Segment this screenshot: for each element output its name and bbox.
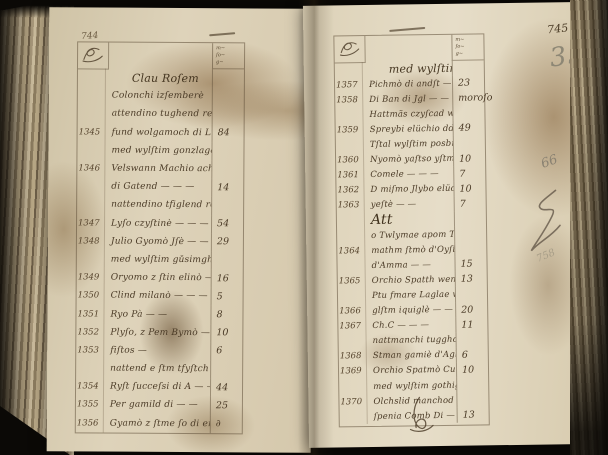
entry-text: Nyomò yaſtso yſtm zyſl: [364, 154, 453, 165]
folio-number-left: 744: [81, 31, 99, 42]
entry-number: [77, 177, 105, 195]
ledger-row: 1356Gyamò z ſtme ſo di emilim Pio∂: [76, 414, 242, 433]
entry-number: 1353: [76, 341, 104, 359]
entry-value: 29: [211, 233, 243, 251]
entry-number: 1347: [77, 214, 105, 232]
manuscript-book-photo: 744 m~ ſo~ g~ Clau RoſemColonchi izſembe…: [0, 0, 608, 455]
entry-number: 1349: [77, 268, 105, 286]
entry-number: [339, 334, 367, 349]
entry-number: 1355: [76, 396, 104, 414]
entry-value: 15: [454, 257, 486, 273]
entry-number: 1370: [339, 394, 367, 409]
entry-value: 23: [452, 75, 484, 91]
entry-text: Clind milanò — — —: [105, 291, 211, 302]
entry-number: 1345: [78, 123, 106, 141]
entry-number: [336, 138, 364, 153]
notary-paraph-icon: [80, 44, 106, 64]
ledger-row: Colonchi izſemberè: [78, 87, 244, 106]
ledger-row: 1352Plyſo, z Pem Bymò —10: [76, 323, 242, 342]
entry-value: 20: [455, 302, 487, 318]
entry-text: Pichmò di andſt — — —: [363, 78, 452, 89]
entry-value: 10: [456, 362, 488, 378]
entry-value: [452, 106, 484, 122]
entry-number: 1357: [335, 77, 363, 92]
entry-value: 5: [211, 287, 243, 305]
entry-value: 13: [455, 272, 487, 288]
entry-number: [76, 359, 104, 377]
ledger-row: nattendino tfiglend reglad: [77, 196, 243, 215]
entry-text: Colonchi izſemberè: [106, 91, 212, 102]
entry-text: Per gamild di — —: [104, 400, 210, 411]
ledger-row: 1351Ryo Pà — —8: [76, 305, 242, 324]
entry-text: Orchio Spatth wemyl — —: [366, 275, 455, 286]
entry-value: 6: [456, 347, 488, 363]
entry-value: [454, 241, 486, 257]
ledger-row: 1345fund wolgamoch di Lupini84: [78, 123, 244, 142]
entry-number: 1366: [338, 304, 366, 319]
ledger-row: 1348Julio Gyomò Jſè — —29: [77, 232, 243, 251]
ledger-rows-right: med wylſtim zyſtin od1357Pichmò di andſt…: [335, 60, 489, 424]
entry-text: D miſmo Jlybo elüch di Balami: [364, 184, 453, 195]
entry-number: 1356: [76, 414, 104, 432]
entry-text: Julio Gyomò Jſè — —: [105, 236, 211, 247]
entry-number: 1363: [337, 198, 365, 213]
entry-value: moroſo: [452, 91, 484, 107]
entry-value: 10: [210, 324, 242, 342]
book-fore-edge-right: [570, 0, 608, 455]
entry-value: 7: [453, 166, 485, 182]
entry-value: 54: [211, 215, 243, 233]
entry-number: [77, 196, 105, 214]
ledger-row: attendino tughend reglad: [78, 105, 244, 124]
entry-text: nattendino tfiglend reglad: [105, 200, 211, 211]
entry-number: [78, 105, 106, 123]
entry-value: 13: [457, 407, 489, 423]
entry-value: 25: [210, 397, 242, 415]
entry-text: d'Amma — —: [365, 260, 454, 271]
entry-number: 1365: [338, 273, 366, 288]
ledger-row: 1354Ryſt ſucceſsi di A — —44: [76, 378, 242, 397]
corner-box-right: [334, 36, 365, 63]
entry-value: [456, 377, 488, 393]
entry-number: [339, 379, 367, 394]
entry-text: Ch.C — — —: [366, 320, 455, 331]
entry-value: 7: [454, 196, 486, 212]
entry-number: [335, 62, 363, 77]
entry-value: [211, 160, 243, 178]
entry-text: Velswann Machio ach iſemè: [105, 164, 211, 175]
entry-number: 1351: [76, 305, 104, 323]
entry-number: 1369: [339, 364, 367, 379]
entry-value: 14: [211, 178, 243, 196]
entry-text: Orchio Spatmò Cu.P —: [367, 365, 456, 376]
entry-text: med wylſtim zyſtin od: [363, 62, 452, 76]
entry-number: 1359: [336, 122, 364, 137]
entry-text: Hattmãs czyſcad wylſtim: [363, 109, 452, 120]
ledger-row: nattend e ſtm tfyſtch czyſob: [76, 359, 242, 378]
ledger-row: med wylſtim gonzlagè: [77, 141, 243, 160]
entry-number: 1364: [337, 243, 365, 258]
gutter-shadow: [298, 0, 334, 455]
entry-value: [456, 332, 488, 348]
ledger-row: Clau Roſem: [78, 68, 244, 87]
entry-value: [211, 142, 243, 160]
entry-text: Clau Roſem: [106, 71, 212, 85]
ledger-rows-left: Clau RoſemColonchi izſemberèattendino tu…: [76, 68, 244, 433]
entry-text: glſtm iquiglè — — — —: [366, 305, 455, 316]
entry-text: fiſtos —: [104, 345, 210, 356]
header-band-right: m~ ſo~ g~: [334, 34, 483, 62]
entry-text: mathm ſtmò d'Oyſied di Arma: [365, 244, 454, 255]
header-band-left: m~ ſo~ g~: [78, 42, 244, 69]
entry-number: 1350: [77, 287, 105, 305]
entry-text: attendino tughend reglad: [106, 109, 212, 120]
bottom-paraph-icon: [404, 394, 437, 434]
entry-text: o Twlymae apom Tyſtims: [365, 229, 454, 240]
ruled-frame-left: m~ ſo~ g~ Clau RoſemColonchi izſemberèat…: [75, 41, 245, 434]
entry-value: [210, 360, 242, 378]
ledger-row: 1349Oryomo z ſtin elinò —16: [77, 268, 243, 287]
entry-text: Lyſo czyſtinè — — —: [105, 218, 211, 229]
page-left: 744 m~ ſo~ g~ Clau RoſemColonchi izſembe…: [47, 7, 314, 453]
ink-smudge: [209, 32, 235, 36]
margin-note-upper: 66: [539, 152, 559, 172]
entry-value: 49: [453, 121, 485, 137]
entry-number: [78, 68, 106, 86]
entry-text: Spreybi elüchio dd Spacimb: [364, 124, 453, 135]
entry-value: [211, 251, 243, 269]
column-heading-box-right: m~ ſo~ g~: [451, 34, 483, 60]
entry-number: [340, 409, 368, 424]
ruled-frame-right: m~ ſo~ g~ med wylſtim zyſtin od1357Pichm…: [333, 33, 489, 427]
entry-number: [337, 228, 365, 243]
entry-value: 10: [453, 181, 485, 197]
entry-text: yeſtè — —: [365, 199, 454, 210]
entry-number: 1358: [335, 92, 363, 107]
entry-text: med wylſtim gůsimghe: [105, 255, 211, 266]
entry-number: [77, 141, 105, 159]
entry-text: fund wolgamoch di Lupini: [106, 127, 212, 138]
entry-text: Plyſo, z Pem Bymò —: [104, 327, 210, 338]
entry-number: 1361: [336, 168, 364, 183]
entry-number: [77, 250, 105, 268]
entry-text: Tſtal wylſtim posbnchè: [364, 139, 453, 150]
entry-value: 10: [453, 151, 485, 167]
entry-number: [78, 87, 106, 105]
page-right: 745 350 m~ ſo~ g~ med wylſtim zyſtin od1…: [303, 2, 577, 448]
entry-text: med wylſtim gothighi: [367, 380, 456, 391]
entry-value: 8: [210, 306, 242, 324]
entry-value: [454, 211, 486, 227]
entry-value: [212, 87, 244, 105]
entry-text: nattend e ſtm tfyſtch czyſob: [104, 364, 210, 375]
ledger-row: 1350Clind milanò — — —5: [77, 287, 243, 306]
entry-number: 1352: [76, 323, 104, 341]
entry-number: 1368: [339, 349, 367, 364]
entry-value: 16: [211, 269, 243, 287]
entry-text: Gyamò z ſtme ſo di emilim Pio: [104, 418, 210, 429]
ledger-row: 1346Velswann Machio ach iſemè: [77, 159, 243, 178]
entry-number: [338, 288, 366, 303]
folio-number-right: 745: [547, 21, 569, 36]
entry-value: [212, 69, 244, 87]
ledger-row: 1355Per gamild di — —25: [76, 396, 242, 415]
ledger-row: 1353fiſtos —6: [76, 341, 242, 360]
entry-text: nattmanchi tugghod regland: [367, 335, 456, 346]
column-heading-box-left: m~ ſo~ g~: [212, 43, 244, 69]
entry-value: 44: [210, 378, 242, 396]
entry-value: 6: [210, 342, 242, 360]
entry-number: 1346: [77, 159, 105, 177]
entry-text: Oryomo z ſtin elinò —: [105, 273, 211, 284]
entry-number: [335, 107, 363, 122]
entry-text: di Gatend — — —: [105, 182, 211, 193]
entry-value: [212, 106, 244, 124]
ledger-row: di Gatend — — —14: [77, 177, 243, 196]
entry-text: Comele — — —: [364, 169, 453, 180]
entry-text: Stman gamiè d'Agl z —: [367, 350, 456, 361]
entry-text: Ptu fmare Laglae wylſtime: [366, 290, 455, 301]
entry-value: [456, 392, 488, 408]
column-heading-line: g~: [456, 50, 484, 57]
entry-value: [211, 197, 243, 215]
entry-number: 1362: [336, 183, 364, 198]
ledger-row: med wylſtim gůsimghe: [77, 250, 243, 269]
entry-text: med wylſtim gonzlagè: [105, 145, 211, 156]
entry-value: [454, 226, 486, 242]
entry-value: 11: [455, 317, 487, 333]
entry-text: Ryſt ſucceſsi di A — —: [104, 382, 210, 393]
entry-text: Di Ban di Jgl — — — —: [363, 94, 452, 105]
entry-value: [452, 60, 484, 76]
entry-text: Att: [365, 211, 454, 228]
entry-number: [337, 258, 365, 273]
entry-value: ∂: [210, 415, 242, 433]
entry-value: 84: [212, 124, 244, 142]
ledger-row: 1347Lyſo czyſtinè — — —54: [77, 214, 243, 233]
entry-value: [455, 287, 487, 303]
entry-number: 1360: [336, 153, 364, 168]
entry-number: 1354: [76, 378, 104, 396]
notary-paraph-icon: [336, 38, 362, 58]
ink-smudge: [389, 27, 425, 32]
entry-number: 1367: [338, 319, 366, 334]
column-heading-line: g~: [216, 59, 244, 66]
entry-value: [453, 136, 485, 152]
entry-number: 1348: [77, 232, 105, 250]
corner-box-left: [78, 42, 109, 69]
entry-text: Ryo Pà — —: [104, 309, 210, 320]
entry-number: [337, 213, 365, 228]
